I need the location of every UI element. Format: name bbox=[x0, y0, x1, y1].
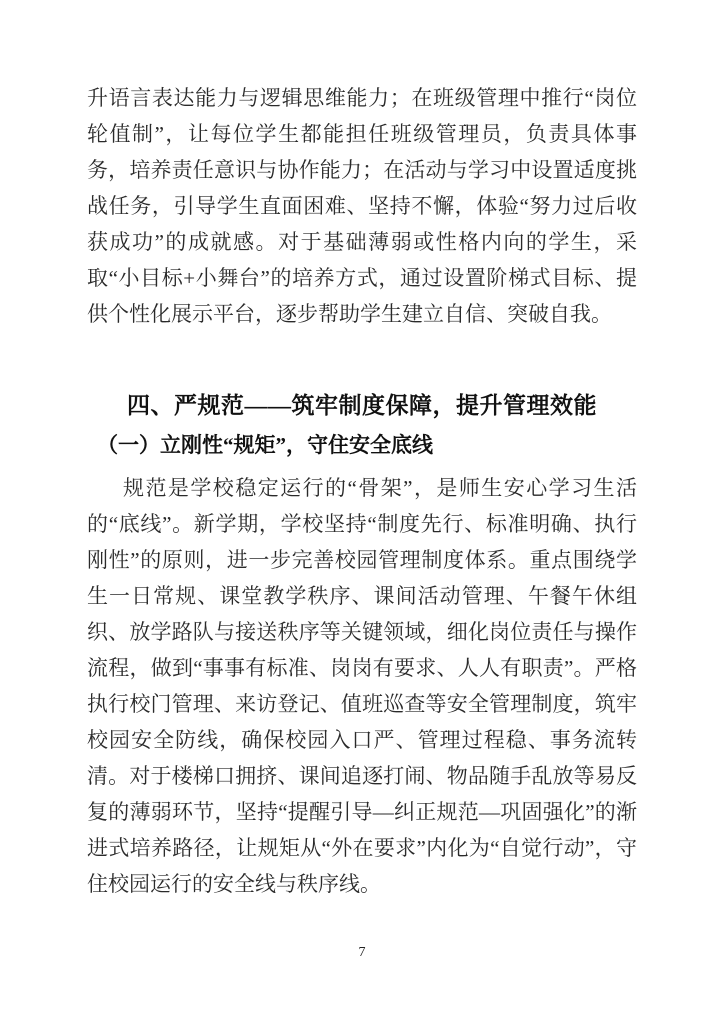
document-page: 升语言表达能力与逻辑思维能力；在班级管理中推行“岗位轮值制”，让每位学生都能担任… bbox=[0, 0, 724, 1024]
page-number: 7 bbox=[87, 944, 637, 962]
subsection-heading: （一）立刚性“规矩”，守住安全底线 bbox=[87, 430, 637, 460]
section-heading: 四、严规范——筑牢制度保障，提升管理效能 bbox=[87, 390, 637, 422]
page-content: 升语言表达能力与逻辑思维能力；在班级管理中推行“岗位轮值制”，让每位学生都能担任… bbox=[87, 80, 637, 902]
paragraph-continuation: 升语言表达能力与逻辑思维能力；在班级管理中推行“岗位轮值制”，让每位学生都能担任… bbox=[87, 80, 637, 332]
paragraph-body: 规范是学校稳定运行的“骨架”，是师生安心学习生活的“底线”。新学期，学校坚持“制… bbox=[87, 470, 637, 902]
